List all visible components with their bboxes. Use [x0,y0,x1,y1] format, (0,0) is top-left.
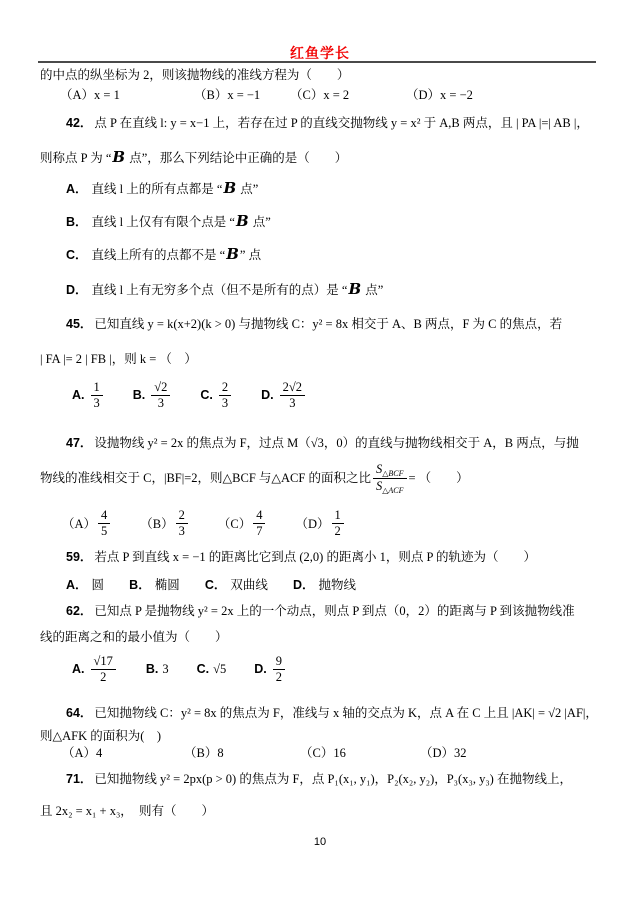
text: 物线的准线相交于 C，|BF|=2，则△BCF 与△ACF 的面积之比 [40,469,371,487]
question-42-option-a: A．直线 l 上的所有点都是 “B 点” [40,179,602,198]
question-text: 已知直线 y = k(x+2)(k > 0) 与抛物线 C：y² = 8x 相交… [94,317,562,331]
question-text: 设抛物线 y² = 2x 的焦点为 F，过点 M（√3，0）的直线与抛物线相交于… [94,436,578,450]
question-number: 47． [66,436,92,450]
option-d: D．抛物线 [293,578,356,592]
page-content: 的中点的纵坐标为 2，则该抛物线的准线方程为（ ） （A）x = 1（B）x =… [40,0,602,820]
option-d: （D）x = −2 [406,86,473,104]
denominator: 3 [155,396,167,411]
option-b: （B）x = −1 [194,86,290,104]
denominator: 2 [97,670,109,685]
option-b: （B）8 [184,744,300,762]
numerator: 9 [273,654,285,670]
question-number: 42． [66,116,92,130]
question-59-line-1: 59．若点 P 到直线 x = −1 的距离比它到点 (2,0) 的距离小 1，… [40,548,602,566]
option-b: （B）23 [140,508,190,539]
question-42-option-d: D．直线 l 上有无穷多个点（但不是所有的点）是 “B 点” [40,280,602,299]
option-label: C． [66,248,88,262]
text: 点” [237,182,258,196]
numerator: 2√2 [280,380,305,396]
denominator: S△ACF [373,479,407,495]
option-b: B．椭圆 [129,578,180,592]
subscript: △BCF [382,469,403,478]
question-47-options: （A）45 （B）23 （C）47 （D）12 [40,502,602,544]
question-text: 若点 P 到直线 x = −1 的距离比它到点 (2,0) 的距离小 1，则点 … [94,550,536,564]
fraction: √172 [91,654,116,685]
option-label: A. [72,662,85,676]
option-label: C. [197,662,210,676]
question-71-line-2: 且 2x₂ = x₁ + x₃， 则有（ ） [40,802,602,820]
area-ratio-fraction: S△BCFS△ACF [373,462,407,495]
option-a: （A）x = 1 [60,86,194,104]
option-b: B.√23 [133,380,173,411]
option-a: （A）4 [62,744,184,762]
fraction: 2√23 [280,380,305,411]
option-c: （C）47 [218,508,268,539]
question-62-line-1: 62．已知点 P 是抛物线 y² = 2x 上的一个动点，则点 P 到点（0，2… [40,602,602,620]
text: 直线 l 上的所有点都是 “ [92,182,223,196]
text: 直线 l 上仅有有限个点是 “ [92,215,235,229]
question-42-option-b: B．直线 l 上仅有有限个点是 “B 点” [40,212,602,231]
fraction: 13 [91,380,103,411]
fraction: 47 [253,508,265,539]
question-59-options: A．圆 B．椭圆 C．双曲线 D．抛物线 [40,576,602,594]
text: 则称点 P 为 “ [40,151,111,165]
text: 直线 l 上有无穷多个点（但不是所有的点）是 “ [92,283,348,297]
text: 点”，那么下列结论中正确的是（ ） [126,151,347,165]
option-text: √5 [213,662,226,677]
option-label: B. [133,388,146,402]
option-label: B. [146,662,159,676]
question-number: 71． [66,772,92,786]
option-label: （D） [295,514,329,532]
numerator: 2 [219,380,231,396]
page-number: 10 [0,836,640,848]
denominator: 7 [253,524,265,539]
question-42-option-c: C．直线上所有的点都不是 “B” 点 [40,245,602,264]
question-45-line-1: 45．已知直线 y = k(x+2)(k > 0) 与抛物线 C：y² = 8x… [40,315,602,333]
denominator: 2 [273,670,285,685]
question-number: 45． [66,317,92,331]
option-text: 椭圆 [155,578,180,592]
question-64-line-1: 64．已知抛物线 C：y² = 8x 的焦点为 F，准线与 x 轴的交点为 K，… [40,704,602,722]
numerator: √2 [151,380,170,396]
numerator: 4 [253,508,265,524]
option-label: B． [129,578,151,592]
text: = （ ） [409,469,469,487]
question-64-options: （A）4（B）8（C）16（D）32 [40,744,602,762]
question-62-options: A.√172 B.3 C.√5 D.92 [40,648,602,690]
question-text: 已知抛物线 C：y² = 8x 的焦点为 F，准线与 x 轴的交点为 K，点 A… [94,706,598,720]
question-text: 点 P 在直线 l: y = x−1 上，若存在过 P 的直线交抛物线 y = … [94,116,588,130]
fraction: 92 [273,654,285,685]
question-45-line-2: | FA |= 2 | FB |，则 k = （ ） [40,350,602,368]
option-c: C.23 [200,380,233,411]
question-number: 59． [66,550,92,564]
question-42-line-1: 42．点 P 在直线 l: y = x−1 上，若存在过 P 的直线交抛物线 y… [40,114,602,132]
fraction: 23 [219,380,231,411]
question-47-line-2: 物线的准线相交于 C，|BF|=2，则△BCF 与△ACF 的面积之比 S△BC… [40,458,602,498]
fraction: √23 [151,380,170,411]
numerator: S△BCF [373,462,407,479]
question-62-line-2: 线的距离之和的最小值为（ ） [40,628,602,646]
option-label: A． [66,182,88,196]
worksheet-page: 红鱼学长 的中点的纵坐标为 2，则该抛物线的准线方程为（ ） （A）x = 1（… [0,0,640,905]
option-a: A.√172 [72,654,118,685]
option-a: A．圆 [66,578,104,592]
question-number: 62． [66,604,92,618]
option-label: C. [200,388,213,402]
option-a: （A）45 [62,508,112,539]
denominator: 5 [98,524,110,539]
option-c: C.√5 [197,662,227,677]
option-label: （C） [218,514,251,532]
option-label: （A） [62,514,96,532]
option-label: （B） [140,514,173,532]
option-b: B.3 [146,662,169,677]
question-text: 已知抛物线 y² = 2px(p > 0) 的焦点为 F，点 P₁(x₁, y₁… [94,772,572,786]
option-label: D． [293,578,315,592]
question-47-line-1: 47．设抛物线 y² = 2x 的焦点为 F，过点 M（√3，0）的直线与抛物线… [40,434,602,452]
option-d: （D）12 [295,508,345,539]
denominator: 3 [91,396,103,411]
numerator: 1 [91,380,103,396]
numerator: 2 [176,508,188,524]
subscript: △ACF [382,486,403,495]
option-a: A.13 [72,380,105,411]
text: 点” [250,215,271,229]
option-label: D. [261,388,274,402]
denominator: 3 [286,396,298,411]
option-c: C．双曲线 [205,578,268,592]
continuation-options: （A）x = 1（B）x = −1（C）x = 2（D）x = −2 [40,86,602,104]
numerator: 1 [332,508,344,524]
option-d: D.92 [254,654,287,685]
option-label: D. [254,662,267,676]
question-71-line-1: 71．已知抛物线 y² = 2px(p > 0) 的焦点为 F，点 P₁(x₁,… [40,770,602,788]
question-text: 已知点 P 是抛物线 y² = 2x 上的一个动点，则点 P 到点（0，2）的距… [94,604,574,618]
option-label: C． [205,578,227,592]
script-b-letter: B [347,280,362,298]
option-label: D． [66,283,88,297]
question-number: 64． [66,706,92,720]
question-45-options: A.13 B.√23 C.23 D.2√23 [40,374,602,416]
denominator: 2 [332,524,344,539]
question-64-line-2: 则△AFK 的面积为( ) [40,729,602,743]
option-text: 圆 [92,578,105,592]
fraction: 45 [98,508,110,539]
option-text: 双曲线 [230,578,268,592]
denominator: 3 [176,524,188,539]
text: ” 点 [240,248,261,262]
option-label: A. [72,388,85,402]
option-label: A． [66,578,88,592]
fraction: 12 [332,508,344,539]
option-c: （C）16 [300,744,420,762]
option-d: （D）32 [420,744,467,762]
script-b-letter: B [235,212,250,230]
option-label: B． [66,215,88,229]
option-text: 抛物线 [319,578,357,592]
text: 直线上所有的点都不是 “ [92,248,226,262]
script-b-letter: B [111,148,126,166]
continuation-stem: 的中点的纵坐标为 2，则该抛物线的准线方程为（ ） [40,66,602,84]
option-text: 3 [162,662,168,677]
numerator: 4 [98,508,110,524]
numerator: √17 [91,654,116,670]
script-b-letter: B [225,245,240,263]
script-b-letter: B [222,179,237,197]
option-d: D.2√23 [261,380,307,411]
denominator: 3 [219,396,231,411]
fraction: 23 [176,508,188,539]
question-42-line-2: 则称点 P 为 “B 点”，那么下列结论中正确的是（ ） [40,147,602,167]
option-c: （C）x = 2 [290,86,406,104]
text: 点” [362,283,383,297]
